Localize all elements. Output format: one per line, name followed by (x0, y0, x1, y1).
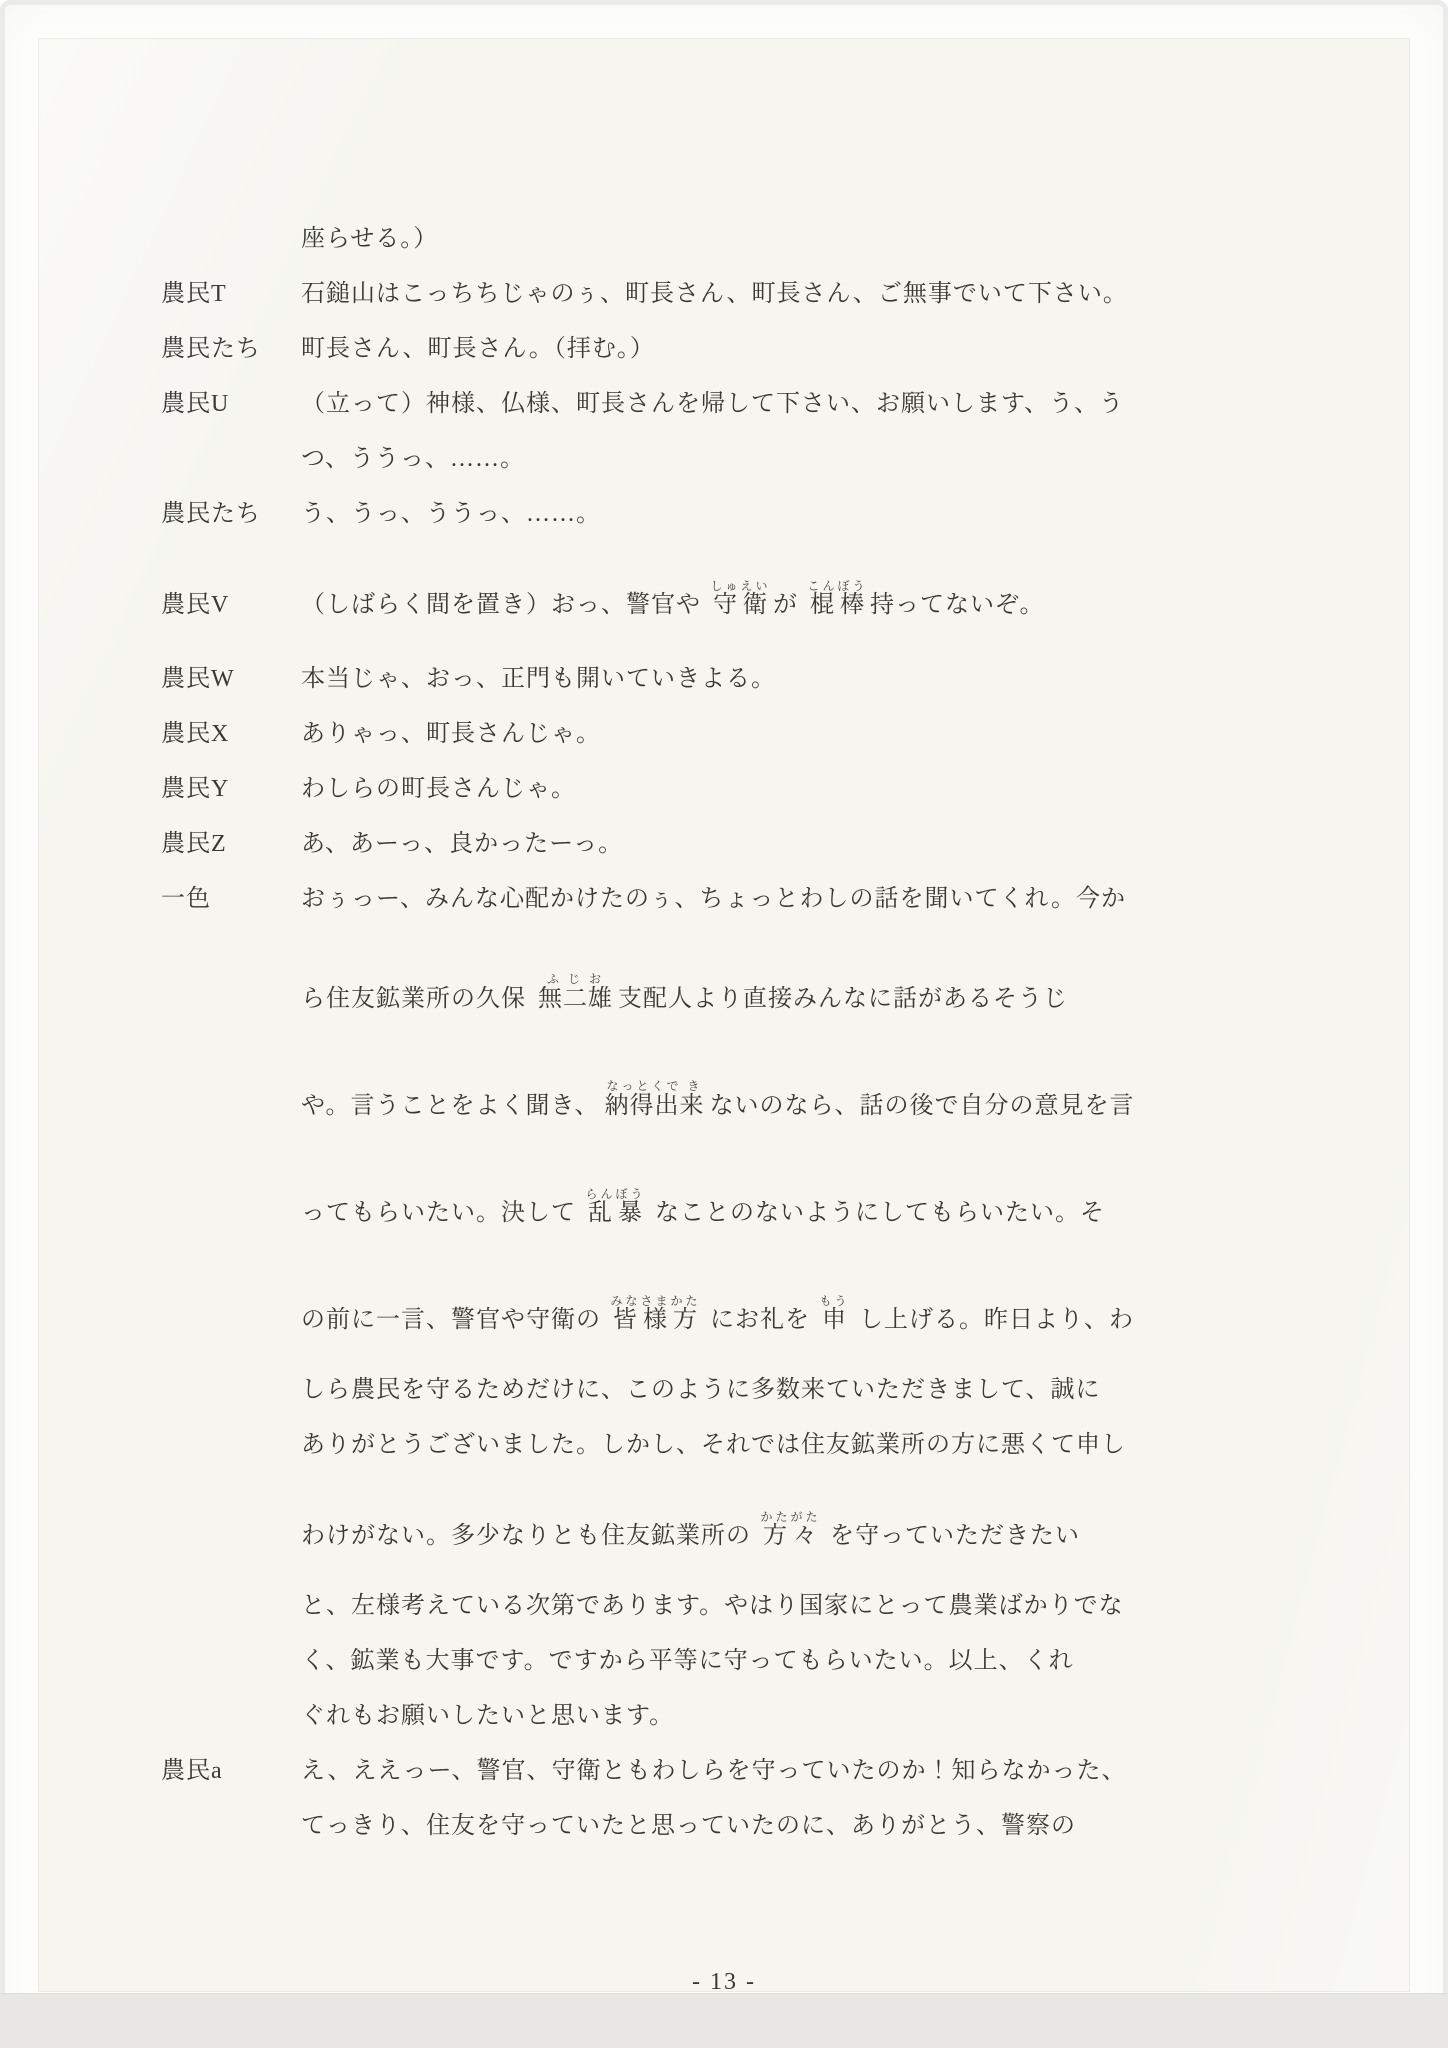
script-lines: 座らせる。）農民T石鎚山はこっちちじゃのぅ、町長さん、町長さん、ご無事でいて下さ… (39, 39, 1409, 1841)
furigana-ruby: 乱暴らんぼう (588, 1200, 643, 1226)
speaker-name: 一色 (161, 884, 211, 914)
scan-canvas: 座らせる。）農民T石鎚山はこっちちじゃのぅ、町長さん、町長さん、ご無事でいて下さ… (0, 0, 1448, 2048)
dialogue-text: （しばらく間を置き）おっ、警官や 守衛しゅえいが 棍棒こんぼう持ってないぞ。 (301, 592, 1045, 618)
speaker-name: 農民たち (161, 334, 261, 364)
dialogue-text: く、鉱業も大事です。ですから平等に守ってもらいたい。以上、くれ (301, 1648, 1074, 1674)
script-line: 農民aえ、ええっー、警官、守衛ともわしらを守っていたのか！知らなかった、 (39, 1756, 1409, 1786)
furigana-ruby: 方々かたがた (763, 1523, 818, 1549)
dialogue-text: あ、あーっ、良かったーっ。 (301, 831, 623, 857)
script-line: 農民Zあ、あーっ、良かったーっ。 (39, 829, 1409, 859)
dialogue-text: の前に一言、警官や守衛の 皆様方みなさまかた にお礼を 申もう し上げる。昨日よ… (301, 1307, 1134, 1333)
script-line: わけがない。多少なりとも住友鉱業所の 方々かたがた を守っていただきたい (39, 1499, 1409, 1551)
dialogue-text: つ、ううっ、……。 (301, 446, 525, 472)
furigana-ruby: 守衛しゅえい (713, 592, 768, 618)
dialogue-text: わしらの町長さんじゃ。 (301, 776, 576, 802)
speaker-name: 農民W (161, 664, 235, 694)
script-line: 座らせる。） (39, 224, 1409, 254)
script-line: 農民Yわしらの町長さんじゃ。 (39, 774, 1409, 804)
script-line: や。言うことをよく聞き、納得出来なっとくで きないのなら、話の後で自分の意見を言 (39, 1069, 1409, 1121)
script-line: 農民U（立って）神様、仏様、町長さんを帰して下さい、お願いします、う、う (39, 389, 1409, 419)
speaker-name: 農民T (161, 279, 227, 309)
script-line: ってもらいたい。決して 乱暴らんぼう なことのないようにしてもらいたい。そ (39, 1176, 1409, 1228)
dialogue-text: ら住友鉱業所の久保 無二雄ふ じ お支配人より直接みんなに話があるそうじ (301, 986, 1068, 1012)
speaker-name: 農民X (161, 719, 229, 749)
page-number: - 13 - (39, 1969, 1409, 1996)
dialogue-text: え、ええっー、警官、守衛ともわしらを守っていたのか！知らなかった、 (301, 1758, 1126, 1784)
speaker-name: 農民U (161, 389, 229, 419)
furigana-ruby: 皆様方みなさまかた (613, 1307, 698, 1333)
furigana-ruby: 棍棒こんぼう (810, 592, 865, 618)
speaker-name: 農民a (161, 1756, 223, 1786)
dialogue-text: （立って）神様、仏様、町長さんを帰して下さい、お願いします、う、う (301, 391, 1124, 417)
furigana-ruby: 無二雄ふ じ お (538, 986, 613, 1012)
dialogue-text: 石鎚山はこっちちじゃのぅ、町長さん、町長さん、ご無事でいて下さい。 (301, 281, 1128, 307)
scan-bottom-band (0, 1993, 1448, 2048)
speaker-name: 農民Y (161, 774, 229, 804)
script-line: しら農民を守るためだけに、このように多数来ていただきまして、誠に (39, 1375, 1409, 1405)
script-line: 農民W本当じゃ、おっ、正門も開いていきよる。 (39, 664, 1409, 694)
speaker-name: 農民V (161, 590, 229, 620)
dialogue-text: う、うっ、ううっ、……。 (301, 501, 601, 527)
script-line: と、左様考えている次第であります。やはり国家にとって農業ばかりでな (39, 1591, 1409, 1621)
script-line: 農民Xありゃっ、町長さんじゃ。 (39, 719, 1409, 749)
script-line: 農民たちう、うっ、ううっ、……。 (39, 499, 1409, 529)
speaker-name: 農民Z (161, 829, 227, 859)
script-line: 一色おぅっー、みんな心配かけたのぅ、ちょっとわしの話を聞いてくれ。今か (39, 884, 1409, 914)
dialogue-text: 町長さん、町長さん。（拝む。） (301, 336, 655, 362)
dialogue-text: わけがない。多少なりとも住友鉱業所の 方々かたがた を守っていただきたい (301, 1523, 1080, 1549)
speaker-name: 農民たち (161, 499, 261, 529)
script-line: の前に一言、警官や守衛の 皆様方みなさまかた にお礼を 申もう し上げる。昨日よ… (39, 1283, 1409, 1335)
script-line: 農民たち町長さん、町長さん。（拝む。） (39, 334, 1409, 364)
dialogue-text: しら農民を守るためだけに、このように多数来ていただきまして、誠に (301, 1377, 1101, 1403)
dialogue-text: ってもらいたい。決して 乱暴らんぼう なことのないようにしてもらいたい。そ (301, 1200, 1105, 1226)
script-line: 農民T石鎚山はこっちちじゃのぅ、町長さん、町長さん、ご無事でいて下さい。 (39, 279, 1409, 309)
script-line: く、鉱業も大事です。ですから平等に守ってもらいたい。以上、くれ (39, 1646, 1409, 1676)
script-line: ら住友鉱業所の久保 無二雄ふ じ お支配人より直接みんなに話があるそうじ (39, 962, 1409, 1014)
script-line: ぐれもお願いしたいと思います。 (39, 1701, 1409, 1731)
dialogue-text: や。言うことをよく聞き、納得出来なっとくで きないのなら、話の後で自分の意見を言 (301, 1093, 1135, 1119)
dialogue-text: てっきり、住友を守っていたと思っていたのに、ありがとう、警察の (301, 1813, 1076, 1839)
furigana-ruby: 納得出来なっとくで き (605, 1093, 705, 1119)
script-page: 座らせる。）農民T石鎚山はこっちちじゃのぅ、町長さん、町長さん、ご無事でいて下さ… (38, 38, 1410, 1992)
dialogue-text: 座らせる。） (301, 226, 438, 252)
dialogue-text: ありゃっ、町長さんじゃ。 (301, 721, 601, 747)
dialogue-text: 本当じゃ、おっ、正門も開いていきよる。 (301, 666, 776, 692)
dialogue-text: と、左様考えている次第であります。やはり国家にとって農業ばかりでな (301, 1593, 1124, 1619)
furigana-ruby: 申もう (822, 1307, 847, 1333)
script-line: つ、ううっ、……。 (39, 444, 1409, 474)
dialogue-text: おぅっー、みんな心配かけたのぅ、ちょっとわしの話を聞いてくれ。今か (301, 886, 1126, 912)
dialogue-text: ぐれもお願いしたいと思います。 (301, 1703, 674, 1729)
dialogue-text: ありがとうございました。しかし、それでは住友鉱業所の方に悪くて申し (301, 1432, 1126, 1458)
script-line: 農民V（しばらく間を置き）おっ、警官や 守衛しゅえいが 棍棒こんぼう持ってないぞ… (39, 568, 1409, 620)
script-line: ありがとうございました。しかし、それでは住友鉱業所の方に悪くて申し (39, 1430, 1409, 1460)
script-line: てっきり、住友を守っていたと思っていたのに、ありがとう、警察の (39, 1811, 1409, 1841)
